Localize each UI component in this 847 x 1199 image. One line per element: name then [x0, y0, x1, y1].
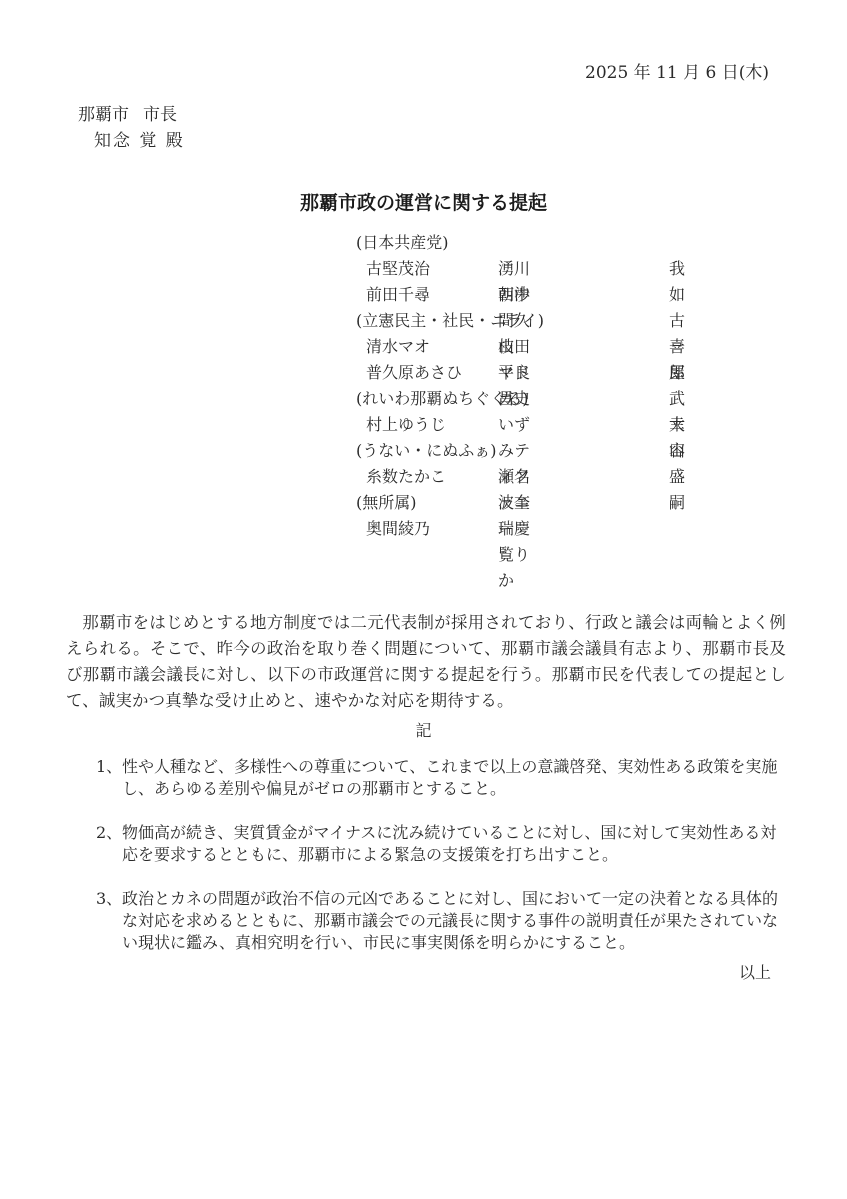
signatories-list: (日本共産党) 古堅茂治 湧川朝渉 我如古一郎 前田千尋 西中間久枝 (立憲民主… — [356, 230, 544, 542]
item-text: 政治とカネの問題が政治不信の元凶であることに対し、国において一定の決着となる具体… — [122, 888, 782, 954]
member-row: 前田千尋 西中間久枝 — [356, 282, 544, 308]
proposal-item: 3、 政治とカネの問題が政治不信の元凶であることに対し、国において一定の決着とな… — [96, 888, 796, 954]
item-number: 3、 — [96, 888, 122, 954]
ki-heading: 記 — [0, 718, 847, 741]
document-date: 2025 年 11 月 6 日(木) — [585, 58, 769, 83]
member-row: 糸数たかこ 瀬名波奎 — [356, 464, 544, 490]
member-name: 奥間綾乃 — [366, 516, 430, 542]
member-name: 平良昌史 — [498, 360, 544, 412]
member-name: 村上ゆうじ — [366, 412, 446, 438]
item-number: 1、 — [96, 756, 122, 800]
addressee-org: 那覇市 — [78, 105, 129, 125]
addressee-role: 市長 — [143, 105, 177, 125]
addressee-line-1: 那覇市市長 — [78, 100, 177, 125]
document-title: 那覇市政の運営に関する提起 — [0, 188, 847, 215]
item-text: 性や人種など、多様性への尊重について、これまで以上の意識啓発、実効性ある政策を実… — [122, 756, 782, 800]
member-row: 普久原あさひ 平良昌史 — [356, 360, 544, 386]
member-name: 古堅茂治 — [366, 256, 430, 282]
member-name: 大山盛嗣 — [669, 412, 685, 516]
party-label: (日本共産党) — [356, 230, 544, 256]
member-name: 瑞慶覧りか — [498, 516, 544, 594]
proposal-items: 1、 性や人種など、多様性への尊重について、これまで以上の意識啓発、実効性ある政… — [96, 756, 796, 976]
intro-paragraph: 那覇市をはじめとする地方制度では二元代表制が採用されており、行政と議会は両輪とよ… — [66, 610, 786, 714]
member-name: 前田千尋 — [366, 282, 430, 308]
member-row: 古堅茂治 湧川朝渉 我如古一郎 — [356, 256, 544, 282]
member-name: 清水マオ — [366, 334, 430, 360]
item-number: 2、 — [96, 822, 122, 866]
closing-mark: 以上 — [739, 960, 771, 983]
member-row: 清水マオ 山田マドカ 喜屋武幸容 — [356, 334, 544, 360]
member-name: 普久原あさひ — [366, 360, 462, 386]
member-name: 糸数たかこ — [366, 464, 446, 490]
addressee-name: 知念 覚 殿 — [94, 126, 185, 151]
member-row: 村上ゆうじ いずみティファニー 大山盛嗣 — [356, 412, 544, 438]
member-name: 瀬名波奎 — [498, 464, 544, 516]
member-row: 奥間綾乃 瑞慶覧りか — [356, 516, 544, 542]
proposal-item: 1、 性や人種など、多様性への尊重について、これまで以上の意識啓発、実効性ある政… — [96, 756, 796, 800]
proposal-item: 2、 物価高が続き、実質賃金がマイナスに沈み続けていることに対し、国に対して実効… — [96, 822, 796, 866]
item-text: 物価高が続き、実質賃金がマイナスに沈み続けていることに対し、国に対して実効性ある… — [122, 822, 782, 866]
